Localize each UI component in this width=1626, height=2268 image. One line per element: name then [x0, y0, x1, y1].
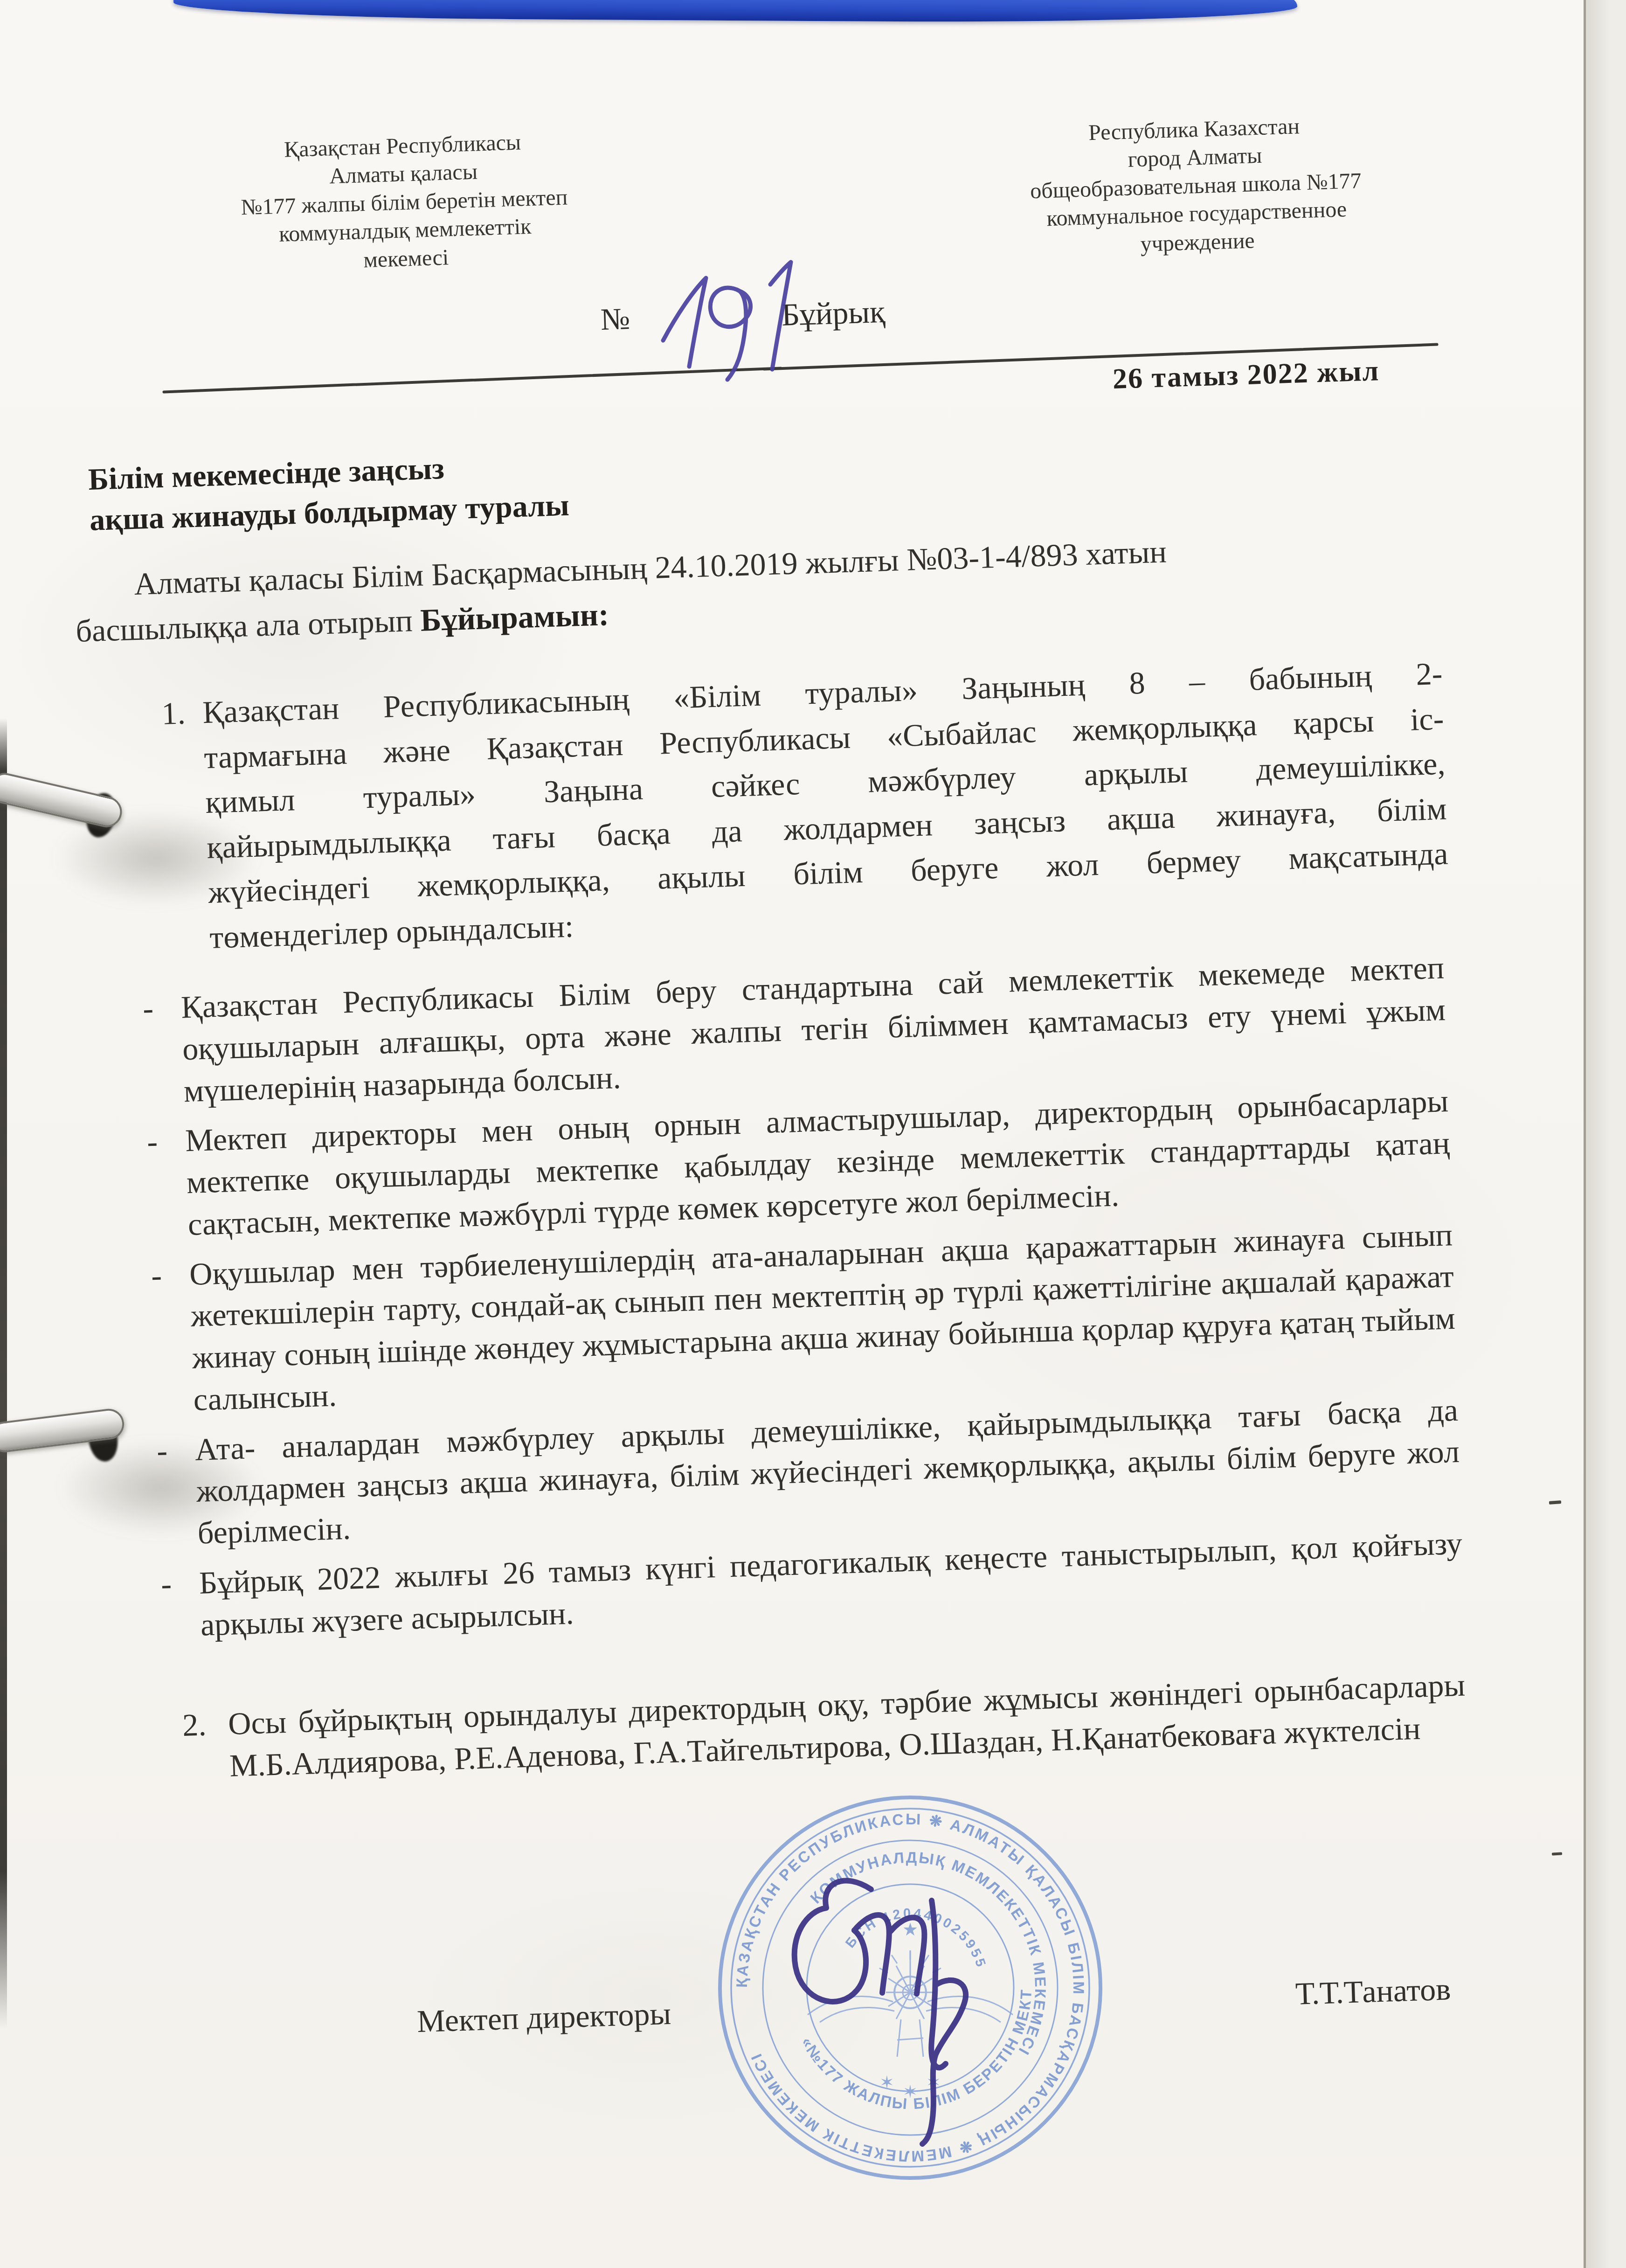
letterhead-russian: Республика Казахстан город Алматы общеоб… [900, 106, 1492, 266]
intro-text: басшылыққа ала отырып [75, 602, 421, 648]
order-date: 26 тамыз 2022 жыл [1112, 354, 1380, 396]
ink-speck [1552, 1852, 1562, 1855]
binder-ring-icon [0, 770, 125, 831]
bullet-text: Оқушылар мен тәрбиеленушілердің ата-анал… [189, 1214, 1457, 1421]
handwritten-order-number [653, 257, 795, 382]
subject-title: Білім мекемесінде заңсыз ақша жинауды бо… [88, 444, 570, 541]
bullet-dash: - [142, 986, 184, 1113]
scanned-document-page: Қазақстан Республикасы Алматы қаласы №17… [0, 0, 1626, 2268]
order-item-2: 2. Осы бұйрықтың орындалуы директордың о… [182, 1665, 1467, 1789]
scan-right-margin [1586, 0, 1626, 2268]
order-type-label: Бұйрық [781, 293, 886, 333]
item-text: Қазақстан Республикасының «Білім туралы»… [202, 651, 1450, 960]
bullet-dash: - [146, 1120, 188, 1247]
binder-folder-spine [173, 0, 1297, 24]
scan-left-edge [0, 718, 7, 2029]
intro-paragraph: Алматы қаласы Білім Басқармасының 24.10.… [74, 520, 1445, 653]
list-item: - Оқушылар мен тәрбиеленушілердің ата-ан… [151, 1214, 1457, 1422]
letterhead-kazakh: Қазақстан Республикасы Алматы қаласы №17… [156, 125, 652, 281]
signature-name: Т.Т.Танатов [1295, 1970, 1452, 2012]
signature-role: Мектеп директоры [416, 1995, 671, 2040]
ink-speck [1549, 1500, 1561, 1505]
order-item-1: 1. Қазақстан Республикасының «Білім тура… [161, 651, 1450, 961]
item-text: Осы бұйрықтың орындалуы директордың оқу,… [228, 1665, 1467, 1787]
bullet-dash: - [151, 1254, 194, 1422]
order-number-label: № [600, 301, 630, 339]
directive-list: - Қазақстан Республикасы Білім беру стан… [142, 947, 1465, 1655]
bullet-dash: - [156, 1429, 198, 1555]
item-number: 2. [182, 1703, 230, 1788]
order-verb: Бұйырамын: [420, 596, 609, 638]
bullet-dash: - [160, 1562, 201, 1647]
